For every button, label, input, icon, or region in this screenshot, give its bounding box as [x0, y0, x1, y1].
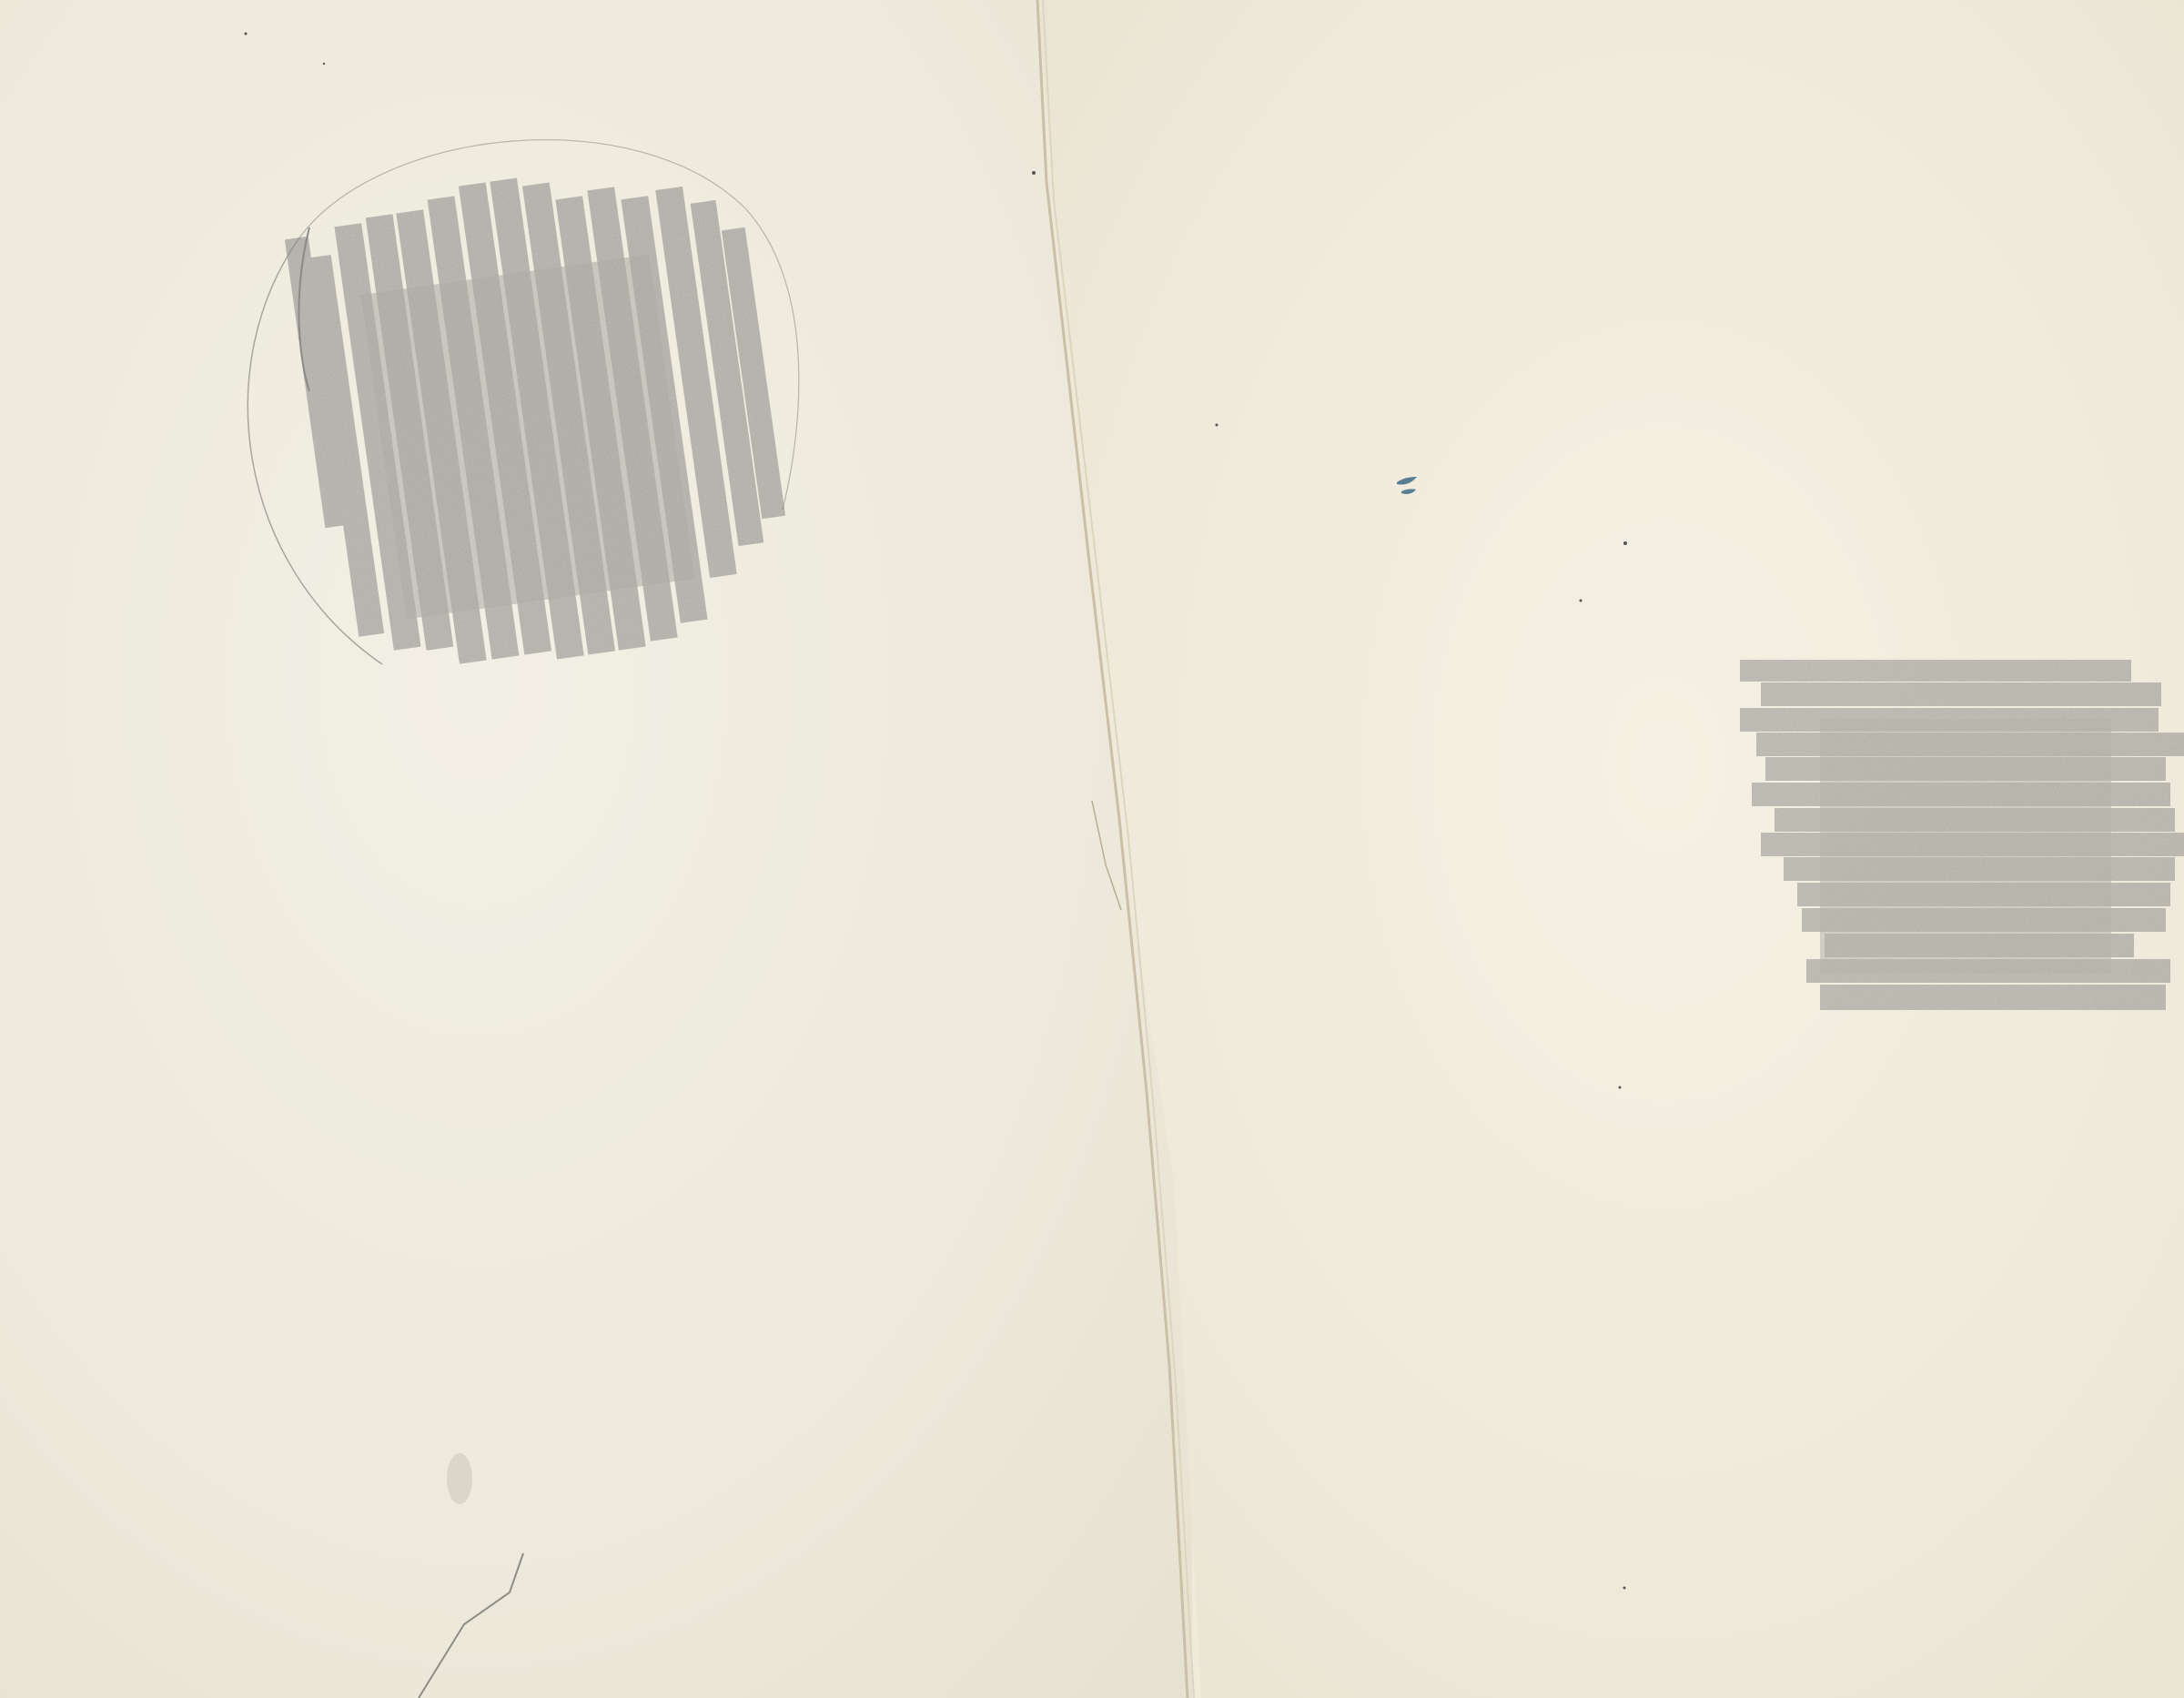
pencil-drawings	[0, 0, 2184, 1698]
ink-mark	[1397, 477, 1417, 494]
smudge	[447, 1453, 472, 1504]
paper-spread	[0, 0, 2184, 1698]
pencil-scratch	[419, 1553, 523, 1698]
horizontal-pencil-shading	[1740, 660, 2184, 1010]
vertical-pencil-shading	[285, 177, 785, 663]
